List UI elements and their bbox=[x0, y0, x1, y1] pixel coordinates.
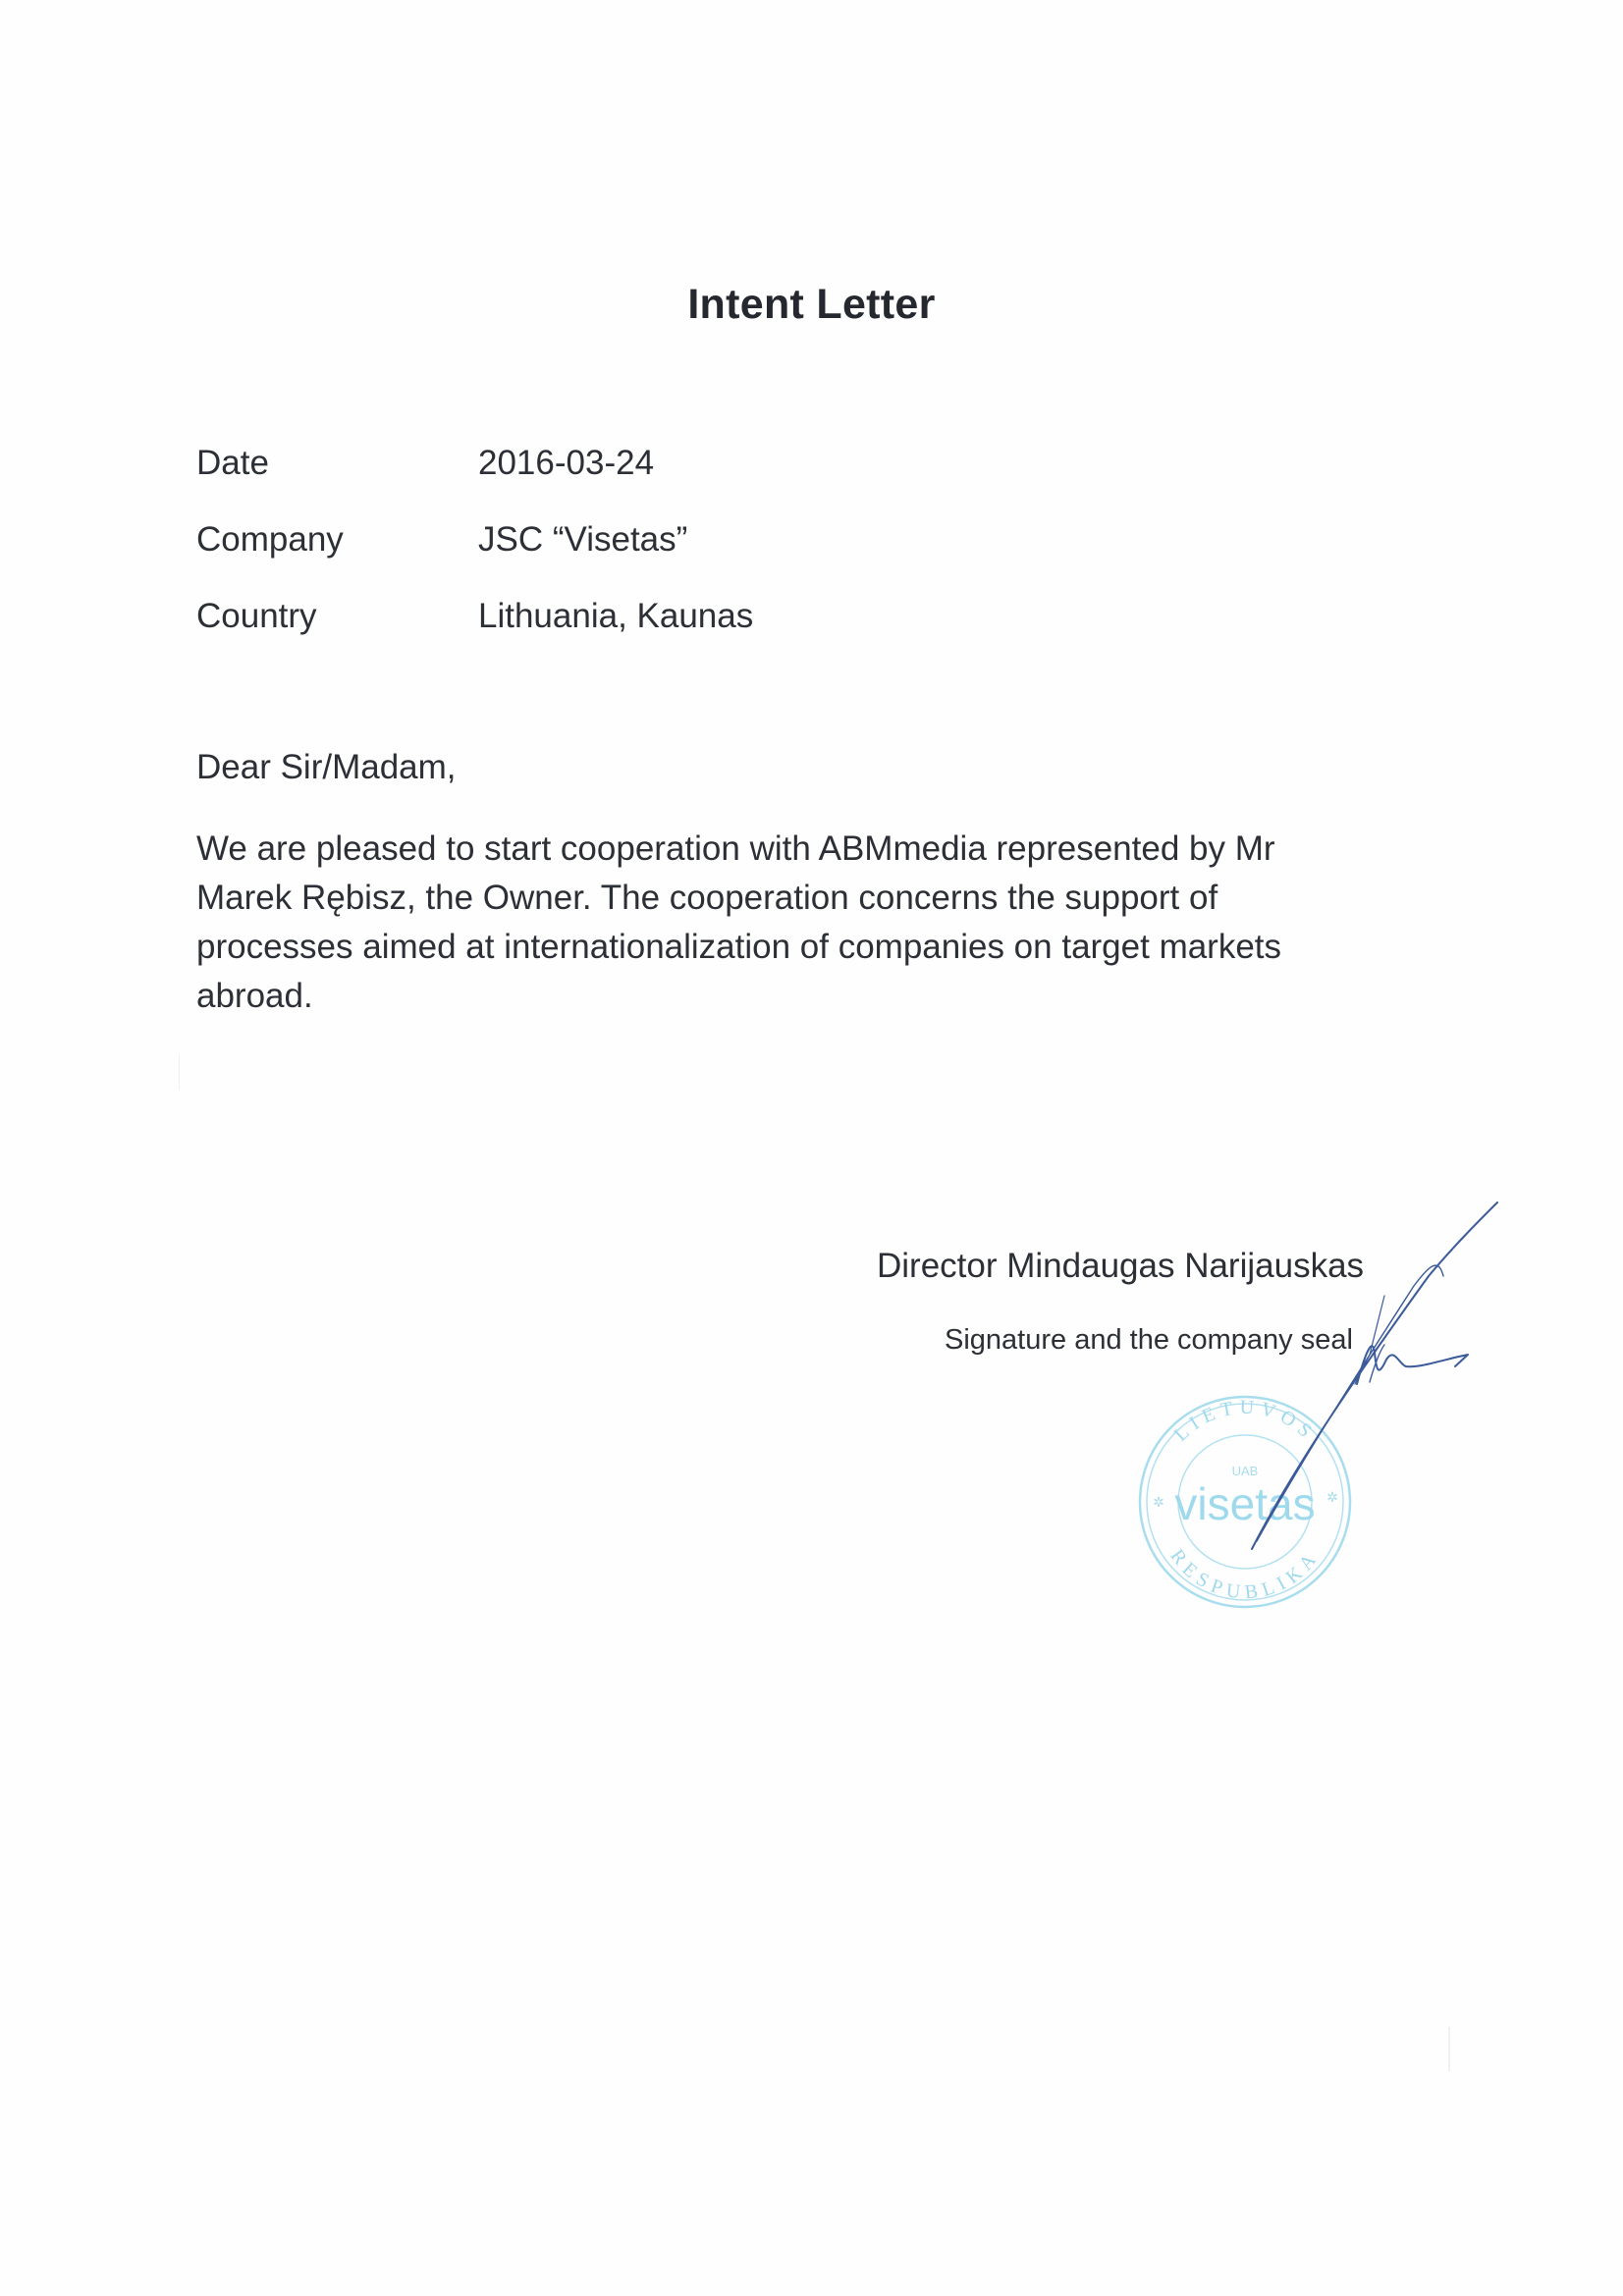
meta-value-country: Lithuania, Kaunas bbox=[478, 597, 753, 636]
body-line: We are pleased to start cooperation with… bbox=[196, 825, 1404, 874]
meta-label-company: Company bbox=[196, 520, 344, 560]
seal-prefix: UAB bbox=[1232, 1464, 1259, 1478]
document-title: Intent Letter bbox=[0, 281, 1623, 329]
letter-page: Intent Letter Date 2016-03-24 Company JS… bbox=[0, 0, 1623, 2296]
seal-brand: visetas bbox=[1174, 1478, 1315, 1529]
svg-text:✲: ✲ bbox=[1153, 1494, 1164, 1510]
seal-and-signature: LIETUVOS RESPUBLIKA UAB visetas ✲ ✲ bbox=[0, 0, 1623, 2296]
body-line: processes aimed at internationalization … bbox=[196, 923, 1404, 972]
meta-value-date: 2016-03-24 bbox=[478, 444, 654, 483]
signature-caption: Signature and the company seal bbox=[945, 1324, 1353, 1357]
svg-text:✲: ✲ bbox=[1326, 1489, 1338, 1505]
meta-value-company: JSC “Visetas” bbox=[478, 520, 687, 560]
seal-bottom-text: RESPUBLIKA bbox=[1165, 1545, 1324, 1603]
seal-top-text: LIETUVOS bbox=[1170, 1397, 1321, 1446]
salutation: Dear Sir/Madam, bbox=[196, 748, 457, 787]
company-seal-icon: LIETUVOS RESPUBLIKA UAB visetas ✲ ✲ bbox=[1140, 1397, 1350, 1607]
body-line: Marek Rębisz, the Owner. The cooperation… bbox=[196, 874, 1404, 923]
meta-label-date: Date bbox=[196, 444, 269, 483]
letter-body: We are pleased to start cooperation with… bbox=[196, 825, 1404, 1021]
scan-artifact bbox=[1448, 2027, 1450, 2071]
scan-artifact bbox=[179, 1055, 180, 1090]
body-line: abroad. bbox=[196, 972, 1404, 1021]
signatory-name: Director Mindaugas Narijauskas bbox=[877, 1247, 1364, 1286]
meta-label-country: Country bbox=[196, 597, 317, 636]
